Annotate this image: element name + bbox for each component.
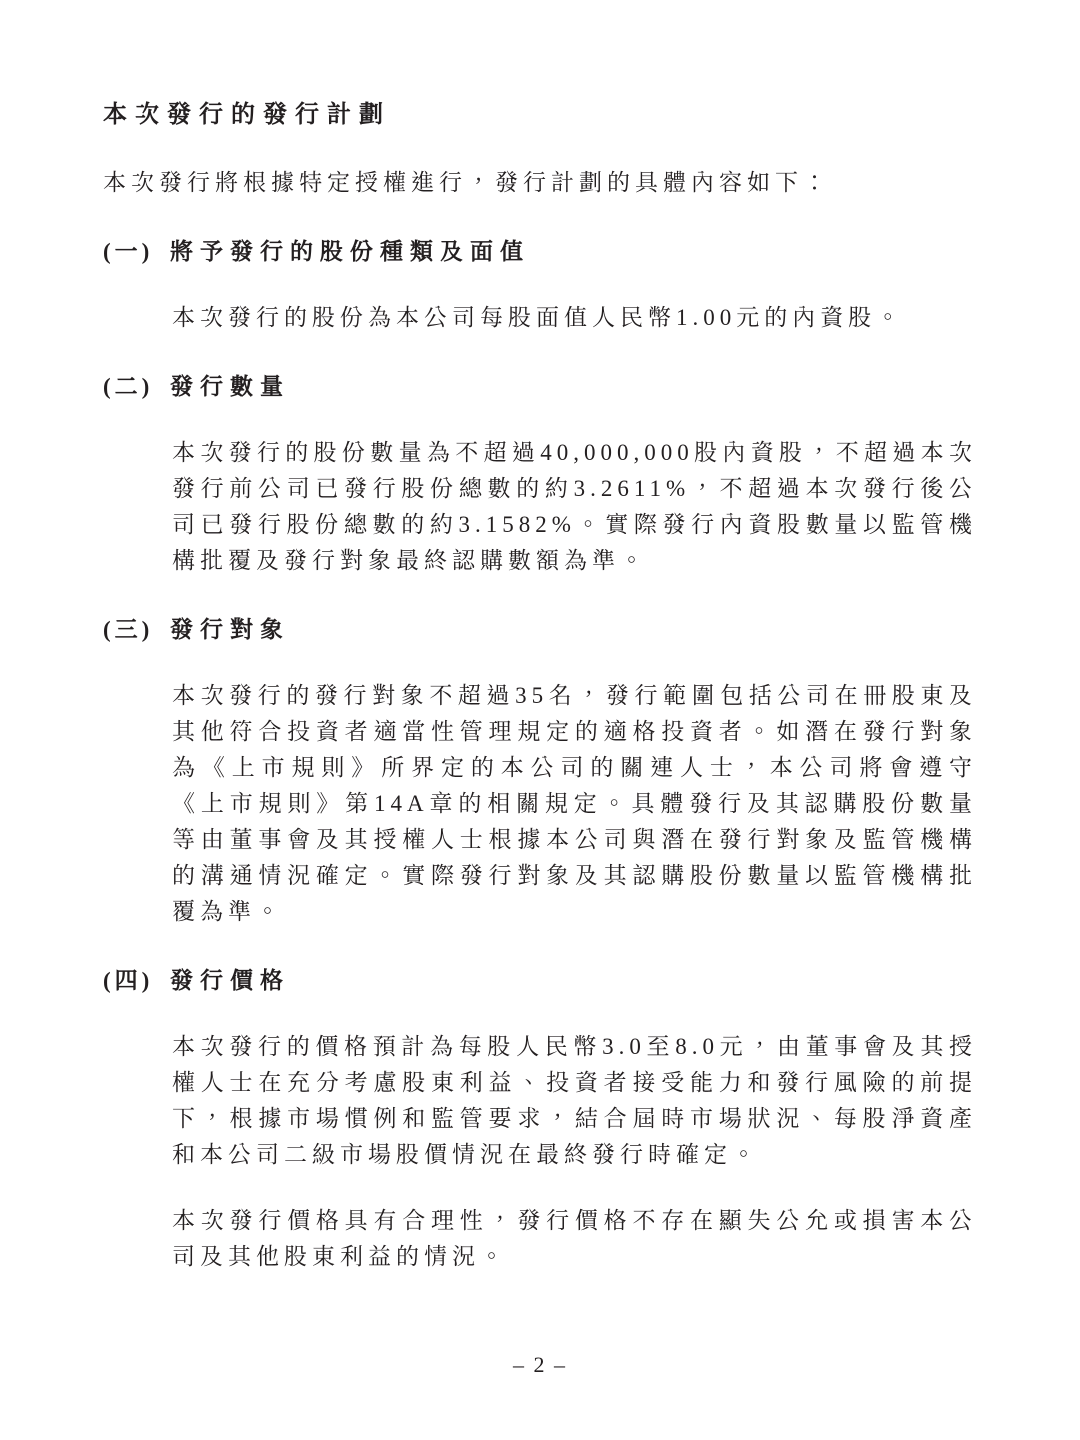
section-heading-row: (三) 發行對象	[103, 612, 977, 648]
section-heading-row: (四) 發行價格	[103, 963, 977, 999]
section-paragraph: 本次發行的發行對象不超過35名，發行範圍包括公司在冊股東及其他符合投資者適當性管…	[172, 678, 977, 930]
section-body: 本次發行的股份為本公司每股面值人民幣1.00元的內資股。	[172, 300, 977, 336]
section-number: (一)	[103, 234, 170, 270]
section-number: (二)	[103, 369, 170, 405]
section-heading: 發行價格	[170, 963, 290, 999]
section-heading-row: (一) 將予發行的股份種類及面值	[103, 234, 977, 270]
section-issue-targets: (三) 發行對象 本次發行的發行對象不超過35名，發行範圍包括公司在冊股東及其他…	[103, 612, 977, 930]
page-title: 本次發行的發行計劃	[103, 97, 977, 133]
page-number: – 2 –	[0, 1352, 1080, 1378]
section-issue-quantity: (二) 發行數量 本次發行的股份數量為不超過40,000,000股內資股，不超過…	[103, 369, 977, 579]
section-body: 本次發行的股份數量為不超過40,000,000股內資股，不超過本次發行前公司已發…	[172, 435, 977, 579]
section-body: 本次發行的價格預計為每股人民幣3.0至8.0元，由董事會及其授權人士在充分考慮股…	[172, 1029, 977, 1275]
section-number: (四)	[103, 963, 170, 999]
section-number: (三)	[103, 612, 170, 648]
section-heading: 將予發行的股份種類及面值	[170, 234, 530, 270]
intro-paragraph: 本次發行將根據特定授權進行，發行計劃的具體內容如下：	[103, 165, 977, 201]
section-paragraph: 本次發行價格具有合理性，發行價格不存在顯失公允或損害本公司及其他股東利益的情況。	[172, 1203, 977, 1275]
section-paragraph: 本次發行的股份為本公司每股面值人民幣1.00元的內資股。	[172, 300, 977, 336]
section-heading-row: (二) 發行數量	[103, 369, 977, 405]
section-issue-price: (四) 發行價格 本次發行的價格預計為每股人民幣3.0至8.0元，由董事會及其授…	[103, 963, 977, 1275]
section-heading: 發行對象	[170, 612, 290, 648]
section-paragraph: 本次發行的股份數量為不超過40,000,000股內資股，不超過本次發行前公司已發…	[172, 435, 977, 579]
section-paragraph: 本次發行的價格預計為每股人民幣3.0至8.0元，由董事會及其授權人士在充分考慮股…	[172, 1029, 977, 1173]
section-share-class: (一) 將予發行的股份種類及面值 本次發行的股份為本公司每股面值人民幣1.00元…	[103, 234, 977, 336]
document-page: 本次發行的發行計劃 本次發行將根據特定授權進行，發行計劃的具體內容如下： (一)…	[0, 0, 1080, 1440]
section-heading: 發行數量	[170, 369, 290, 405]
section-body: 本次發行的發行對象不超過35名，發行範圍包括公司在冊股東及其他符合投資者適當性管…	[172, 678, 977, 930]
